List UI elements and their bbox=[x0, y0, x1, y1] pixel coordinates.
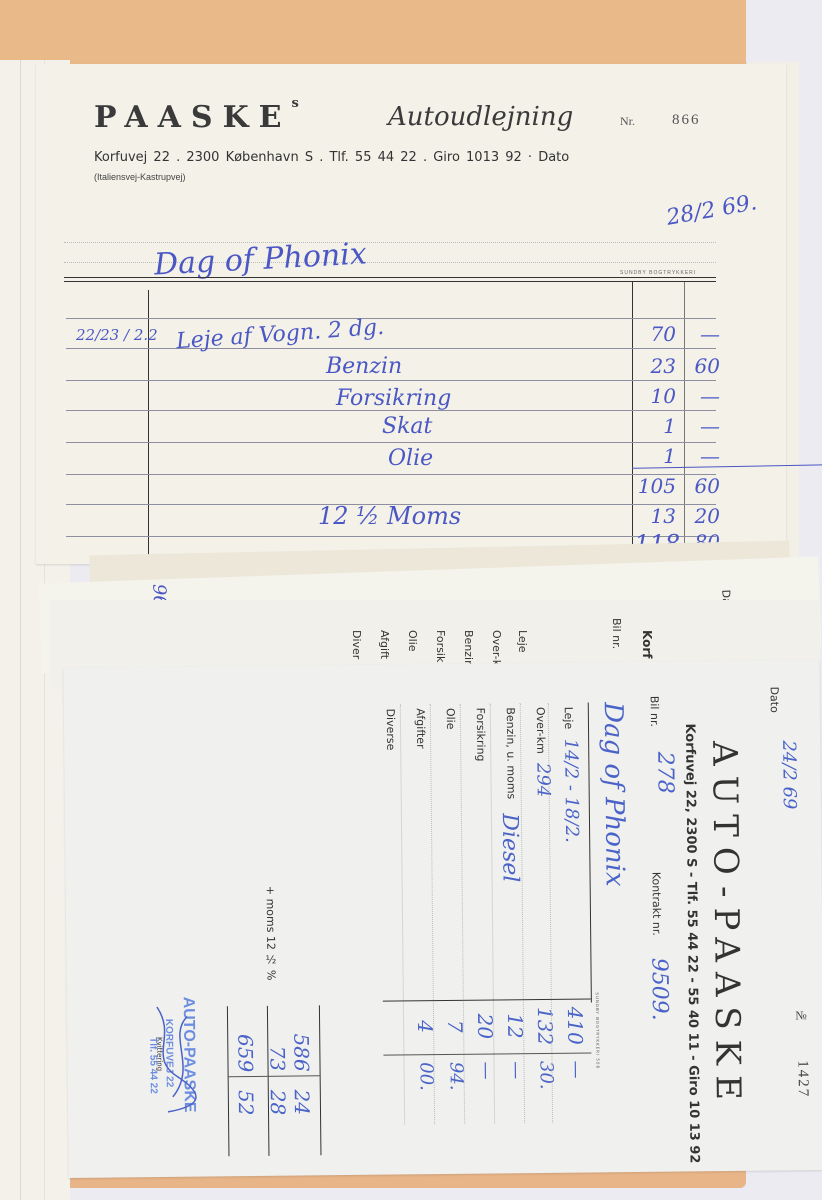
over-km-label: Over-km bbox=[534, 707, 547, 754]
over-km-kr: 132 bbox=[533, 1007, 557, 1045]
brown-folder-top bbox=[0, 0, 746, 69]
leje-kr: 410 bbox=[563, 1007, 587, 1045]
dato-label: Dato bbox=[768, 686, 781, 712]
row-rule bbox=[66, 318, 716, 319]
moms-ore: 20 bbox=[690, 504, 720, 528]
benzin-label: Benzin, u. moms bbox=[504, 707, 518, 799]
line-ore: — bbox=[690, 384, 720, 408]
moms-ore: 28 bbox=[266, 1090, 290, 1116]
subtotal-ore: 60 bbox=[690, 474, 720, 498]
afgift-label: Afgift bbox=[378, 630, 391, 659]
over-km-hand: 294 bbox=[532, 763, 553, 798]
receipt-number: 1427 bbox=[793, 1060, 810, 1098]
benzin-label: Benzin bbox=[462, 630, 475, 667]
company-address-sub: (Italiensvej-Kastrupvej) bbox=[94, 172, 186, 182]
leje-ore: — bbox=[565, 1061, 586, 1079]
company-address: Korfuvej 22 . 2300 København S . Tlf. 55… bbox=[94, 150, 569, 165]
column-divider bbox=[383, 1052, 591, 1055]
invoice-number-label: Nr. bbox=[620, 114, 635, 129]
afgifter-label: Afgifter bbox=[414, 708, 427, 748]
line-kr: 1 bbox=[636, 444, 676, 468]
line-desc: Olie bbox=[388, 446, 433, 471]
subtotal-ore: 24 bbox=[290, 1089, 314, 1115]
column-divider bbox=[383, 998, 591, 1001]
subtotal-kr: 586 bbox=[289, 1033, 313, 1071]
olie-label: Olie bbox=[444, 708, 457, 730]
line-desc: Benzin bbox=[326, 354, 402, 379]
line-desc: Forsikring bbox=[336, 386, 451, 411]
address-fragment: Korf bbox=[640, 630, 654, 658]
brand-name: PAASKE bbox=[94, 100, 292, 135]
row-rule bbox=[66, 348, 716, 349]
bil-label: Bil nr. bbox=[610, 618, 623, 649]
handwritten-dato: 24/2 69 bbox=[778, 740, 800, 809]
printer-mark: SUNDBY BOGTRYKKERI 508 bbox=[595, 992, 601, 1069]
leje-hand: 14/2 - 18/2. bbox=[560, 739, 582, 843]
printer-mark: SUNDBY BOGTRYKKERI bbox=[620, 270, 696, 276]
column-divider bbox=[632, 282, 633, 564]
moms-kr: 13 bbox=[636, 504, 676, 528]
line-ore: 60 bbox=[690, 354, 720, 378]
diverse-label: Diverse bbox=[384, 708, 397, 750]
over-km-ore: 30. bbox=[535, 1061, 556, 1090]
total-kr: 659 bbox=[233, 1034, 257, 1072]
receipt-number-label: № bbox=[793, 1008, 808, 1022]
dotted-line bbox=[400, 704, 405, 1124]
benzin-hand: Diesel bbox=[497, 813, 523, 882]
row-rule bbox=[66, 442, 716, 443]
kontrakt-label: Kontrakt nr. bbox=[650, 872, 664, 936]
dotted-line bbox=[490, 703, 495, 1123]
company-brand: PAASKEs bbox=[94, 100, 299, 135]
leje-label: Leje bbox=[516, 630, 529, 653]
total-ore: 52 bbox=[234, 1090, 258, 1116]
receipt-1427: Dato 24/2 69 AUTO-PAASKE Korfuvej 22, 23… bbox=[63, 660, 822, 1178]
table-top-rule bbox=[64, 277, 716, 282]
dotted-line bbox=[460, 704, 465, 1124]
line-ore: — bbox=[690, 444, 720, 468]
moms-desc: 12 ½ Moms bbox=[318, 502, 461, 530]
dotted-line bbox=[64, 242, 716, 243]
bil-label: Bil nr. bbox=[648, 696, 661, 727]
over-km-label: Over-k bbox=[490, 630, 503, 666]
line-kr: 1 bbox=[636, 414, 676, 438]
leje-label: Leje bbox=[562, 707, 575, 730]
subtotal-kr: 105 bbox=[632, 474, 676, 498]
moms-label: + moms 12 ½ % bbox=[264, 886, 278, 981]
table-top-rule bbox=[588, 702, 592, 1002]
invoice-866: PAASKEs Autoudlejning Nr. 866 Korfuvej 2… bbox=[36, 64, 786, 564]
line-kr: 23 bbox=[636, 354, 676, 378]
line-ore: — bbox=[690, 414, 720, 438]
row-date: 22/23 / 2.2 bbox=[76, 326, 158, 344]
receipt-address: Korfuvej 22, 2300 S - Tlf. 55 44 22 - 55… bbox=[682, 723, 702, 1163]
column-divider bbox=[684, 282, 685, 564]
totals-rule bbox=[227, 1006, 230, 1156]
brand-script: Autoudlejning bbox=[388, 102, 573, 132]
signature bbox=[137, 996, 218, 1117]
totals-rule bbox=[267, 1006, 270, 1156]
handwritten-date: 28/2 69. bbox=[665, 190, 759, 230]
handwritten-customer: Dag of Phonix bbox=[598, 702, 630, 887]
row-rule bbox=[66, 380, 716, 381]
receipt-title: AUTO-PAASKE bbox=[704, 741, 748, 1110]
diverse-label: Diver bbox=[350, 630, 363, 659]
line-ore: — bbox=[690, 322, 720, 346]
handwritten-bil: 278 bbox=[652, 752, 677, 794]
dotted-line bbox=[430, 704, 435, 1124]
paper-edge-line bbox=[20, 60, 21, 1200]
row-rule bbox=[66, 474, 716, 475]
handwritten-customer: Dag of Phonix bbox=[153, 236, 367, 282]
forsikring-label: Forsik bbox=[434, 630, 447, 662]
brand-suffix: s bbox=[292, 96, 299, 111]
line-desc: Skat bbox=[382, 414, 432, 439]
line-kr: 10 bbox=[636, 384, 676, 408]
line-kr: 70 bbox=[636, 322, 676, 346]
forsikring-label: Forsikring bbox=[474, 708, 488, 762]
handwritten-kontrakt: 9509. bbox=[646, 958, 672, 1021]
olie-label: Olie bbox=[406, 630, 419, 652]
dotted-line bbox=[520, 703, 525, 1123]
totals-rule bbox=[228, 1075, 320, 1077]
moms-kr: 73 bbox=[265, 1046, 289, 1072]
invoice-number: 866 bbox=[672, 112, 701, 129]
row-rule bbox=[66, 536, 716, 537]
totals-rule bbox=[319, 1005, 322, 1155]
